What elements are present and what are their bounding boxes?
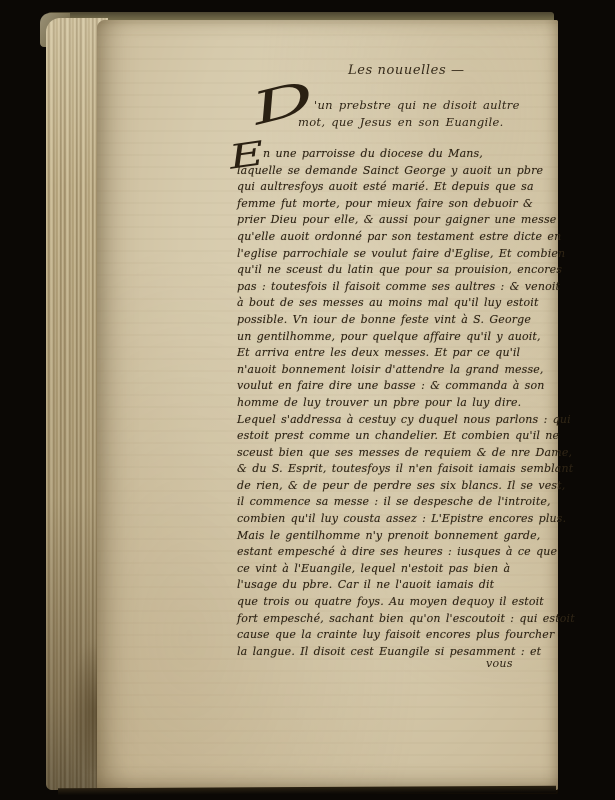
title-line-2: mot, que Jesus en son Euangile. xyxy=(298,115,504,129)
text-line: l'eglise parrochiale se voulut faire d'E… xyxy=(237,246,533,263)
text-line: homme de luy trouver un pbre pour la luy… xyxy=(237,395,533,412)
running-title: Les nouuelles — xyxy=(348,63,465,78)
text-line: n'auoit bonnement loisir d'attendre la g… xyxy=(237,362,533,379)
text-line: qu'elle auoit ordonné par son testament … xyxy=(237,229,533,246)
text-line: qu'il ne sceust du latin que pour sa pro… xyxy=(237,262,533,279)
text-line: qui aultresfoys auoit esté marié. Et dep… xyxy=(237,179,533,196)
text-line: pas : toutesfois il faisoit comme ses au… xyxy=(237,279,533,296)
title-line-1: 'un prebstre qui ne disoit aultre xyxy=(314,98,520,112)
text-line: Mais le gentilhomme n'y prenoit bonnemen… xyxy=(237,528,533,545)
body-drop-cap: E xyxy=(227,136,266,174)
text-line: femme fut morte, pour mieux faire son de… xyxy=(237,196,533,213)
text-line: Lequel s'addressa à cestuy cy duquel nou… xyxy=(237,412,533,429)
text-line: ce vint à l'Euangile, lequel n'estoit pa… xyxy=(237,561,533,578)
text-line: il commence sa messe : il se despesche d… xyxy=(237,494,533,511)
text-line: voulut en faire dire une basse : & comma… xyxy=(237,378,533,395)
text-line: un gentilhomme, pour quelque affaire qu'… xyxy=(237,329,533,346)
text-line: que trois ou quatre foys. Au moyen dequo… xyxy=(237,594,533,611)
text-line: combien qu'il luy cousta assez : L'Epist… xyxy=(237,511,533,528)
text-line: & du S. Esprit, toutesfoys il n'en faiso… xyxy=(237,461,533,478)
text-line: estant empesché à dire ses heures : iusq… xyxy=(237,544,533,561)
text-line: sceust bien que ses messes de requiem & … xyxy=(237,445,533,462)
photo-background: Les nouuelles — D 'un prebstre qui ne di… xyxy=(0,0,615,800)
text-line: l'usage du pbre. Car il ne l'auoit iamai… xyxy=(237,577,533,594)
text-line: prier Dieu pour elle, & aussi pour gaign… xyxy=(237,212,533,229)
text-line: de rien, & de peur de perdre ses six bla… xyxy=(237,478,533,495)
text-line: fort empesché, sachant bien qu'on l'esco… xyxy=(237,611,533,628)
text-line: possible. Vn iour de bonne feste vint à … xyxy=(237,312,533,329)
text-line: Et arriva entre les deux messes. Et par … xyxy=(237,345,533,362)
text-line: cause que la crainte luy faisoit encores… xyxy=(237,627,533,644)
printed-text-layer: Les nouuelles — D 'un prebstre qui ne di… xyxy=(0,0,615,800)
text-line: laquelle se demande Sainct George y auoi… xyxy=(237,163,533,180)
body-text: E n une parroisse du diocese du Mans, la… xyxy=(237,146,533,660)
text-line: estoit prest comme un chandelier. Et com… xyxy=(237,428,533,445)
text-line: n une parroisse du diocese du Mans, xyxy=(237,146,533,163)
text-line: à bout de ses messes au moins mal qu'il … xyxy=(237,295,533,312)
catchword: vous xyxy=(486,657,513,670)
